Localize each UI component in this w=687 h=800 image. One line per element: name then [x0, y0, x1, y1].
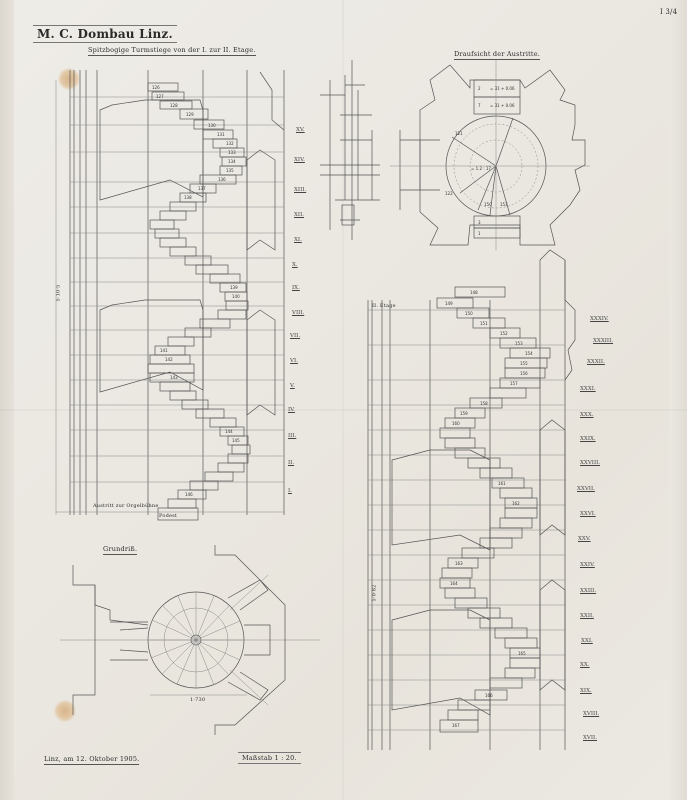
svg-text:1: 1 [478, 231, 481, 236]
svg-text:165: 165 [518, 651, 526, 656]
svg-text:150: 150 [465, 311, 473, 316]
svg-text:161: 161 [498, 481, 506, 486]
ground-plan-view [60, 545, 320, 735]
svg-text:166: 166 [485, 693, 493, 698]
svg-text:136: 136 [218, 177, 226, 182]
svg-text:157: 157 [510, 381, 518, 386]
stair-section-detail [320, 60, 380, 240]
svg-text:155: 155 [520, 361, 528, 366]
svg-text:163: 163 [455, 561, 463, 566]
svg-text:156: 156 [520, 371, 528, 376]
svg-text:127: 127 [156, 94, 164, 99]
svg-text:164: 164 [450, 581, 458, 586]
svg-text:143: 143 [170, 375, 178, 380]
svg-text:133: 133 [228, 150, 236, 155]
svg-text:122: 122 [445, 191, 453, 196]
svg-text:158: 158 [480, 401, 488, 406]
svg-text:138: 138 [184, 195, 192, 200]
svg-text:141: 141 [160, 348, 168, 353]
svg-text:162: 162 [512, 501, 520, 506]
svg-text:149: 149 [445, 301, 453, 306]
svg-text:128: 128 [170, 103, 178, 108]
svg-text:121: 121 [455, 131, 463, 136]
svg-text:154: 154 [525, 351, 533, 356]
svg-text:146: 146 [185, 492, 193, 497]
svg-text:153: 153 [515, 341, 523, 346]
svg-text:152: 152 [500, 331, 508, 336]
architectural-drawing: 126 127 128 129 130 131 132 133 134 135 … [0, 0, 687, 800]
svg-text:142: 142 [165, 357, 173, 362]
svg-text:126: 126 [152, 85, 160, 90]
svg-text:= 1.2 : 17: = 1.2 : 17 [471, 166, 491, 171]
svg-text:132: 132 [226, 141, 234, 146]
svg-text:3: 3 [478, 220, 481, 225]
svg-text:150: 150 [484, 202, 492, 207]
svg-text:167: 167 [452, 723, 460, 728]
svg-text:145: 145 [232, 438, 240, 443]
svg-text:140: 140 [232, 294, 240, 299]
svg-text:139: 139 [230, 285, 238, 290]
svg-text:153: 153 [500, 202, 508, 207]
svg-text:129: 129 [186, 112, 194, 117]
svg-text:130: 130 [208, 123, 216, 128]
svg-text:144: 144 [225, 429, 233, 434]
svg-text:7: 7 [478, 103, 481, 108]
svg-text:134: 134 [228, 159, 236, 164]
svg-text:135: 135 [226, 168, 234, 173]
svg-text:148: 148 [470, 290, 478, 295]
svg-text:= 31 + 0.06: = 31 + 0.06 [490, 86, 515, 91]
svg-text:137: 137 [198, 186, 206, 191]
left-stair-elevation: 126 127 128 129 130 131 132 133 134 135 … [56, 70, 284, 520]
right-stair-elevation: 148 149 150 151 152 153 154 155 156 157 … [368, 250, 575, 750]
svg-text:160: 160 [452, 421, 460, 426]
drawing-sheet: M. C. Dombau Linz. Spitzbogige Turmstieg… [0, 0, 687, 800]
svg-text:131: 131 [217, 132, 225, 137]
svg-text:2: 2 [478, 86, 481, 91]
top-plan-view: 2 = 31 + 0.06 7 = 31 + 0.06 3 1 = 1.2 : … [390, 60, 590, 250]
svg-text:= 31 + 0.06: = 31 + 0.06 [490, 103, 515, 108]
svg-text:159: 159 [460, 411, 468, 416]
svg-text:151: 151 [480, 321, 488, 326]
